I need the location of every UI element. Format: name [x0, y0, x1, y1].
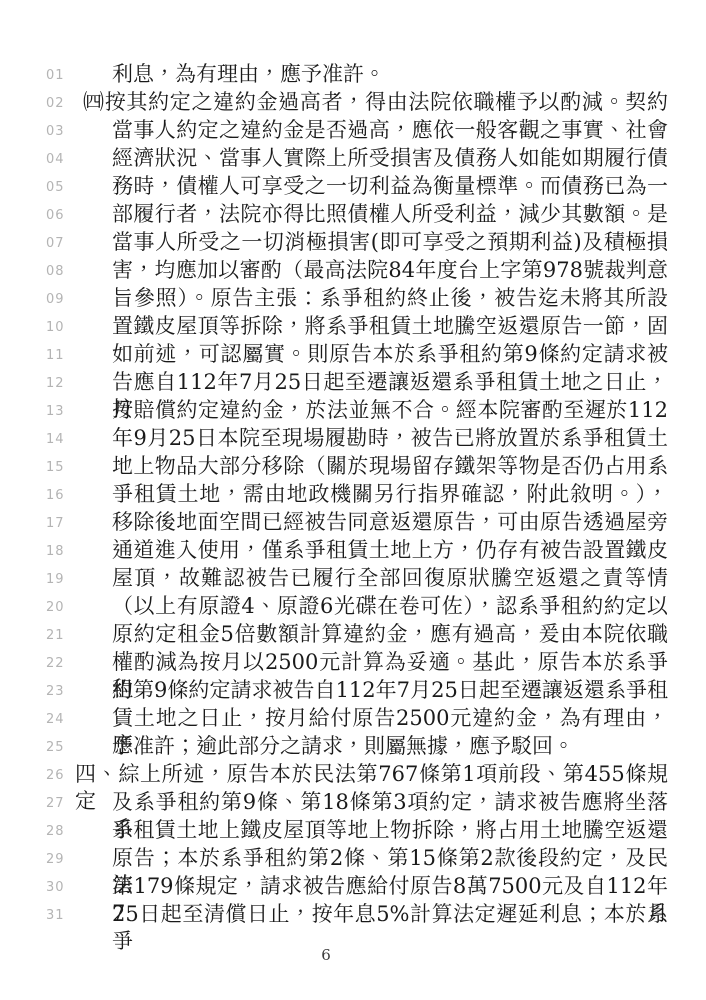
text-line: 20 （以上有原證4、原證6光碟在卷可佐），認系爭租約約定以 — [0, 593, 706, 621]
line-number: 28 — [46, 825, 65, 838]
text-line: 19 屋頂，故難認被告已履行全部回復原狀騰空返還之責等情 — [0, 565, 706, 593]
line-number: 15 — [46, 461, 65, 474]
line-number: 20 — [46, 601, 65, 614]
line-text: 及系爭租約第9條、第18條第3項約定，請求被告應將坐落系 — [112, 789, 668, 817]
line-text: 告應自112年7月25日起至遷讓返還系爭租賃土地之日止，按 — [112, 369, 668, 397]
line-number: 24 — [46, 713, 65, 726]
line-text: 通道進入使用，僅系爭租賃土地上方，仍存有被告設置鐵皮 — [112, 537, 668, 565]
line-text: 當事人約定之違約金是否過高，應依一般客觀之事實、社會 — [112, 117, 668, 145]
line-text: 予准許；逾此部分之請求，則屬無據，應予駁回。 — [112, 733, 668, 761]
text-line: 14 年9月25日本院至現場履勘時，被告已將放置於系爭租賃土 — [0, 425, 706, 453]
line-text: 權酌減為按月以2500元計算為妥適。基此，原告本於系爭租 — [112, 649, 668, 677]
line-text: 當事人所受之一切消極損害(即可享受之預期利益)及積極損 — [112, 229, 668, 257]
line-number: 01 — [46, 69, 65, 82]
text-line: 16 爭租賃土地，需由地政機關另行指界確認，附此敘明。）， — [0, 481, 706, 509]
line-number: 17 — [46, 517, 65, 530]
line-number: 27 — [46, 797, 65, 810]
line-number: 09 — [46, 293, 65, 306]
line-number: 04 — [46, 153, 65, 166]
text-line: 31 25日起至清償日止，按年息5%計算法定遲延利息；本於系爭 — [0, 901, 706, 929]
line-number: 25 — [46, 741, 65, 754]
line-text: 屋頂，故難認被告已履行全部回復原狀騰空返還之責等情 — [112, 565, 668, 593]
line-text: 經濟狀況、當事人實際上所受損害及債務人如能如期履行債 — [112, 145, 668, 173]
text-line: 08 害，均應加以審酌（最高法院84年度台上字第978號裁判意 — [0, 257, 706, 285]
text-line: 24 賃土地之日止，按月給付原告2500元違約金，為有理由，應 — [0, 705, 706, 733]
line-text: 如前述，可認屬實。則原告本於系爭租約第9條約定請求被 — [112, 341, 668, 369]
line-text: 爭租賃土地，需由地政機關另行指界確認，附此敘明。）， — [112, 481, 668, 509]
line-number: 19 — [46, 573, 65, 586]
text-line: 12 告應自112年7月25日起至遷讓返還系爭租賃土地之日止，按 — [0, 369, 706, 397]
text-line: 04 經濟狀況、當事人實際上所受損害及債務人如能如期履行債 — [0, 145, 706, 173]
line-number: 22 — [46, 657, 65, 670]
page-number: 6 — [316, 946, 336, 964]
line-text: 利息，為有理由，應予准許。 — [112, 61, 668, 89]
text-line: 17 移除後地面空間已經被告同意返還原告，可由原告透過屋旁 — [0, 509, 706, 537]
line-text: 部履行者，法院亦得比照債權人所受利益，減少其數額。是 — [112, 201, 668, 229]
line-text: 原約定租金5倍數額計算違約金，應有過高，爰由本院依職 — [112, 621, 668, 649]
text-line: 22 權酌減為按月以2500元計算為妥適。基此，原告本於系爭租 — [0, 649, 706, 677]
line-number: 02 — [46, 97, 65, 110]
text-line: 18 通道進入使用，僅系爭租賃土地上方，仍存有被告設置鐵皮 — [0, 537, 706, 565]
line-number: 21 — [46, 629, 65, 642]
text-line: 23 約第9條約定請求被告自112年7月25日起至遷讓返還系爭租 — [0, 677, 706, 705]
line-text: 務時，債權人可享受之一切利益為衡量標準。而債務已為一 — [112, 173, 668, 201]
line-number: 05 — [46, 181, 65, 194]
text-line: 06 部履行者，法院亦得比照債權人所受利益，減少其數額。是 — [0, 201, 706, 229]
text-line: 05 務時，債權人可享受之一切利益為衡量標準。而債務已為一 — [0, 173, 706, 201]
line-number: 18 — [46, 545, 65, 558]
line-text: 賃土地之日止，按月給付原告2500元違約金，為有理由，應 — [112, 705, 668, 733]
line-text: 地上物品大部分移除（關於現場留存鐵架等物是否仍占用系 — [112, 453, 668, 481]
text-line: 29 原告；本於系爭租約第2條、第15條第2款後段約定，及民法 — [0, 845, 706, 873]
text-line: 02 ㈣按其約定之違約金過高者，得由法院依職權予以酌減。契約 — [0, 89, 706, 117]
text-line: 03 當事人約定之違約金是否過高，應依一般客觀之事實、社會 — [0, 117, 706, 145]
text-line: 21 原約定租金5倍數額計算違約金，應有過高，爰由本院依職 — [0, 621, 706, 649]
line-text: 旨參照）。原告主張：系爭租約終止後，被告迄未將其所設 — [112, 285, 668, 313]
line-text: 月賠償約定違約金，於法並無不合。經本院審酌至遲於112 — [112, 397, 668, 425]
line-number: 26 — [46, 769, 65, 782]
line-number: 03 — [46, 125, 65, 138]
line-number: 31 — [46, 909, 65, 922]
line-text: 置鐵皮屋頂等拆除，將系爭租賃土地騰空返還原告一節，固 — [112, 313, 668, 341]
line-number: 23 — [46, 685, 65, 698]
line-text: 爭租賃土地上鐵皮屋頂等地上物拆除，將占用土地騰空返還 — [112, 817, 668, 845]
line-text: 第179條規定，請求被告應給付原告8萬7500元及自112年7月 — [112, 873, 668, 901]
line-number: 10 — [46, 321, 65, 334]
line-number: 14 — [46, 433, 65, 446]
line-text: 移除後地面空間已經被告同意返還原告，可由原告透過屋旁 — [112, 509, 668, 537]
text-line: 01 利息，為有理由，應予准許。 — [0, 61, 706, 89]
text-line: 11 如前述，可認屬實。則原告本於系爭租約第9條約定請求被 — [0, 341, 706, 369]
line-text: ㈣按其約定之違約金過高者，得由法院依職權予以酌減。契約 — [83, 89, 668, 117]
text-line: 15 地上物品大部分移除（關於現場留存鐵架等物是否仍占用系 — [0, 453, 706, 481]
text-line: 07 當事人所受之一切消極損害(即可享受之預期利益)及積極損 — [0, 229, 706, 257]
line-text: 年9月25日本院至現場履勘時，被告已將放置於系爭租賃土 — [112, 425, 668, 453]
line-number: 06 — [46, 209, 65, 222]
text-line: 13 月賠償約定違約金，於法並無不合。經本院審酌至遲於112 — [0, 397, 706, 425]
text-line: 26 四、綜上所述，原告本於民法第767條第1項前段、第455條規定 — [0, 761, 706, 789]
line-number: 13 — [46, 405, 65, 418]
line-number: 30 — [46, 881, 65, 894]
document-page: 01 利息，為有理由，應予准許。 02 ㈣按其約定之違約金過高者，得由法院依職權… — [0, 0, 706, 1000]
text-line: 10 置鐵皮屋頂等拆除，將系爭租賃土地騰空返還原告一節，固 — [0, 313, 706, 341]
text-line: 30 第179條規定，請求被告應給付原告8萬7500元及自112年7月 — [0, 873, 706, 901]
line-number: 11 — [46, 349, 65, 362]
text-line: 27 及系爭租約第9條、第18條第3項約定，請求被告應將坐落系 — [0, 789, 706, 817]
line-text: 25日起至清償日止，按年息5%計算法定遲延利息；本於系爭 — [112, 901, 668, 929]
line-number: 07 — [46, 237, 65, 250]
line-text: 害，均應加以審酌（最高法院84年度台上字第978號裁判意 — [112, 257, 668, 285]
line-number: 29 — [46, 853, 65, 866]
line-text: 約第9條約定請求被告自112年7月25日起至遷讓返還系爭租 — [112, 677, 668, 705]
line-text: （以上有原證4、原證6光碟在卷可佐），認系爭租約約定以 — [112, 593, 668, 621]
line-text: 原告；本於系爭租約第2條、第15條第2款後段約定，及民法 — [112, 845, 668, 873]
line-number: 16 — [46, 489, 65, 502]
text-line: 25 予准許；逾此部分之請求，則屬無據，應予駁回。 — [0, 733, 706, 761]
text-line: 28 爭租賃土地上鐵皮屋頂等地上物拆除，將占用土地騰空返還 — [0, 817, 706, 845]
judgment-text-block: 01 利息，為有理由，應予准許。 02 ㈣按其約定之違約金過高者，得由法院依職權… — [0, 61, 706, 929]
line-number: 12 — [46, 377, 65, 390]
line-text: 四、綜上所述，原告本於民法第767條第1項前段、第455條規定 — [75, 761, 668, 789]
text-line: 09 旨參照）。原告主張：系爭租約終止後，被告迄未將其所設 — [0, 285, 706, 313]
line-number: 08 — [46, 265, 65, 278]
